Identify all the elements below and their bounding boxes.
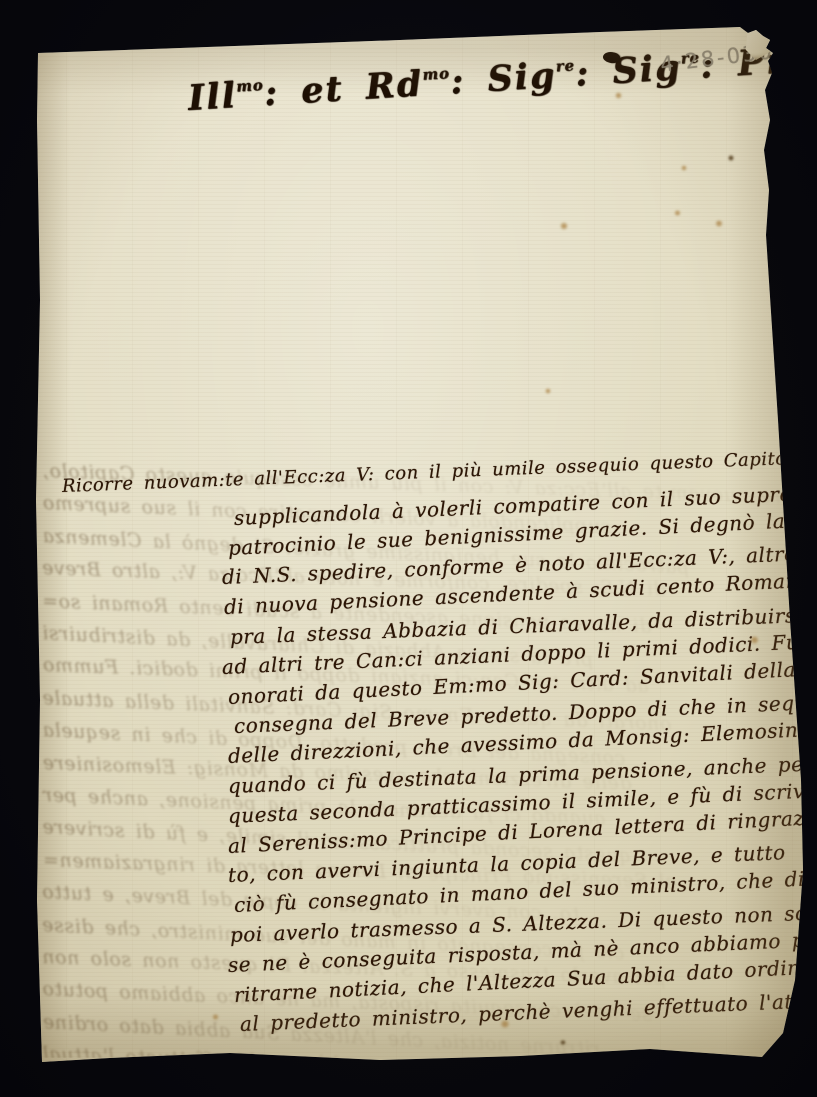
salutation-text: et xyxy=(278,67,367,113)
salutation-superscript: mo xyxy=(236,77,264,96)
salutation-line: Illmo: et Rdmo: Sigre: Sigre: Pron Colmo… xyxy=(187,45,709,119)
foxing-spot xyxy=(728,155,734,161)
salutation-text: Rd xyxy=(364,63,424,108)
foxing-spot xyxy=(674,210,681,216)
foxing-spot xyxy=(560,1040,566,1045)
salutation-text: Ill xyxy=(187,75,238,119)
foxing-spot xyxy=(500,1020,510,1028)
foxing-spot xyxy=(681,165,687,171)
foxing-spot xyxy=(212,1014,219,1020)
salutation-text: Sig xyxy=(464,55,558,102)
foxing-spot xyxy=(545,388,551,394)
verso-line: al predetto ministro, perchè venghi effe… xyxy=(42,1043,615,1058)
salutation-superscript: mo xyxy=(422,65,450,84)
manuscript-page: Ricorre nuovam:te all'Ecc:za V: con il p… xyxy=(0,0,817,1097)
photo-background: Ricorre nuovam:te all'Ecc:za V: con il p… xyxy=(0,0,817,1097)
salutation-superscript: re xyxy=(555,57,575,75)
foxing-spot xyxy=(715,220,723,227)
foxing-spot xyxy=(560,222,568,230)
foxing-spot xyxy=(615,92,622,99)
foxing-spot xyxy=(750,636,759,644)
